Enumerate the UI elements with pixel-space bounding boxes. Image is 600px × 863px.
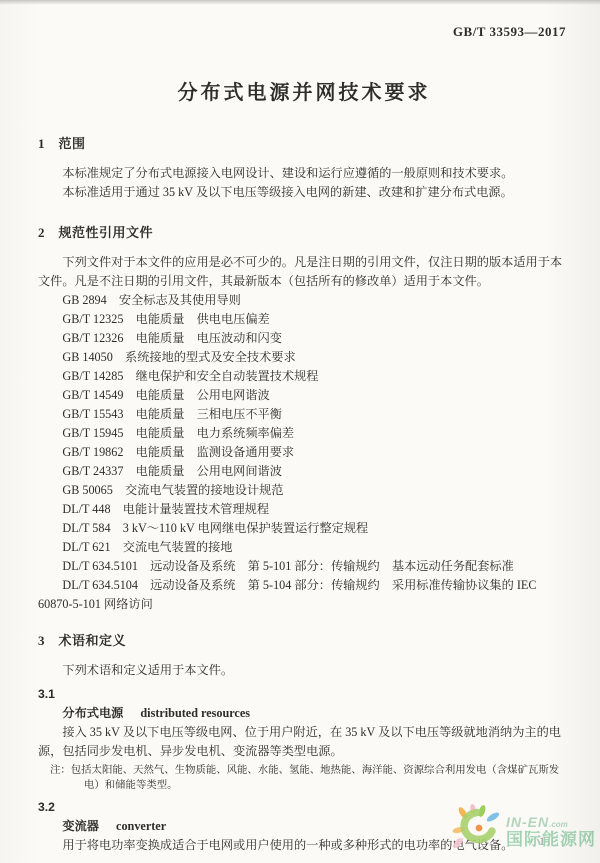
reference-item: DL/T 448 电能计量装置技术管理规程 <box>38 500 570 519</box>
reference-item: GB/T 19862 电能质量 监测设备通用要求 <box>38 443 570 462</box>
note-label: 注： <box>50 765 71 776</box>
reference-item: GB 2894 安全标志及其使用导则 <box>38 291 570 310</box>
term-number: 3.1 <box>38 685 570 704</box>
reference-item: GB/T 24337 电能质量 公用电网间谐波 <box>38 462 570 481</box>
watermark: IN-EN.com 国际能源网 <box>450 804 596 859</box>
scope-paragraph: 本标准适用于通过 35 kV 及以下电压等级接入电网的新建、改建和扩建分布式电源… <box>38 183 570 202</box>
reference-item: DL/T 621 交流电气装置的接地 <box>38 538 570 557</box>
reference-item: GB 50065 交流电气装置的接地设计规范 <box>38 481 570 500</box>
term-definition: 接入 35 kV 及以下电压等级电网、位于用户附近，在 35 kV 及以下电压等… <box>38 723 570 761</box>
references-list: GB 2894 安全标志及其使用导则 GB/T 12325 电能质量 供电电压偏… <box>38 291 570 614</box>
note-text: 包括太阳能、天然气、生物质能、风能、水能、氢能、地热能、海洋能、资源综合利用发电… <box>71 765 559 791</box>
reference-item: DL/T 634.5101 远动设备及系统 第 5-101 部分：传输规约 基本… <box>38 557 570 576</box>
term-name-en: converter <box>116 819 166 833</box>
term-note: 注：包括太阳能、天然气、生物质能、风能、水能、氢能、地热能、海洋能、资源综合利用… <box>38 763 570 793</box>
scan-edge <box>0 0 600 5</box>
reference-item: GB/T 15945 电能质量 电力系统频率偏差 <box>38 424 570 443</box>
reference-item: GB/T 14549 电能质量 公用电网谐波 <box>38 386 570 405</box>
term-name-zh: 分布式电源 <box>62 706 123 720</box>
term-name-zh: 变流器 <box>62 819 99 833</box>
watermark-site: IN-EN <box>506 814 549 830</box>
watermark-site-name: IN-EN.com <box>506 815 596 829</box>
section-references: 2 规范性引用文件 下列文件对于本文件的应用是必不可少的。凡是注日期的引用文件，… <box>38 222 570 614</box>
reference-item: DL/T 584 3 kV～110 kV 电网继电保护装置运行整定规程 <box>38 519 570 538</box>
term-block: 3.1 分布式电源distributed resources 接入 35 kV … <box>38 685 570 793</box>
watermark-site-zh: 国际能源网 <box>506 831 596 848</box>
doc-number: GB/T 33593—2017 <box>38 24 570 40</box>
term-name-en: distributed resources <box>140 706 250 720</box>
reference-item: DL/T 634.5104 远动设备及系统 第 5-104 部分：传输规约 采用… <box>38 576 570 614</box>
flower-logo-icon <box>450 804 504 859</box>
section-scope: 1 范围 本标准规定了分布式电源接入电网设计、建设和运行应遵循的一般原则和技术要… <box>38 133 570 202</box>
section-terms-heading: 3 术语和定义 <box>38 630 570 649</box>
watermark-site-suffix: .com <box>549 820 568 829</box>
section-scope-heading: 1 范围 <box>38 133 570 152</box>
reference-item: GB 14050 系统接地的型式及安全技术要求 <box>38 348 570 367</box>
scope-paragraph: 本标准规定了分布式电源接入电网设计、建设和运行应遵循的一般原则和技术要求。 <box>38 164 570 183</box>
page-title: 分布式电源并网技术要求 <box>38 76 570 105</box>
term-name-line: 分布式电源distributed resources <box>38 704 570 723</box>
references-intro: 下列文件对于本文件的应用是必不可少的。凡是注日期的引用文件，仅注日期的版本适用于… <box>38 253 570 291</box>
reference-item: GB/T 12325 电能质量 供电电压偏差 <box>38 310 570 329</box>
reference-item: GB/T 15543 电能质量 三相电压不平衡 <box>38 405 570 424</box>
section-references-heading: 2 规范性引用文件 <box>38 222 570 241</box>
reference-item: GB/T 14285 继电保护和安全自动装置技术规程 <box>38 367 570 386</box>
terms-intro: 下列术语和定义适用于本文件。 <box>38 661 570 680</box>
reference-item: GB/T 12326 电能质量 电压波动和闪变 <box>38 329 570 348</box>
document-page: GB/T 33593—2017 分布式电源并网技术要求 1 范围 本标准规定了分… <box>0 0 600 863</box>
watermark-text: IN-EN.com 国际能源网 <box>506 815 596 848</box>
